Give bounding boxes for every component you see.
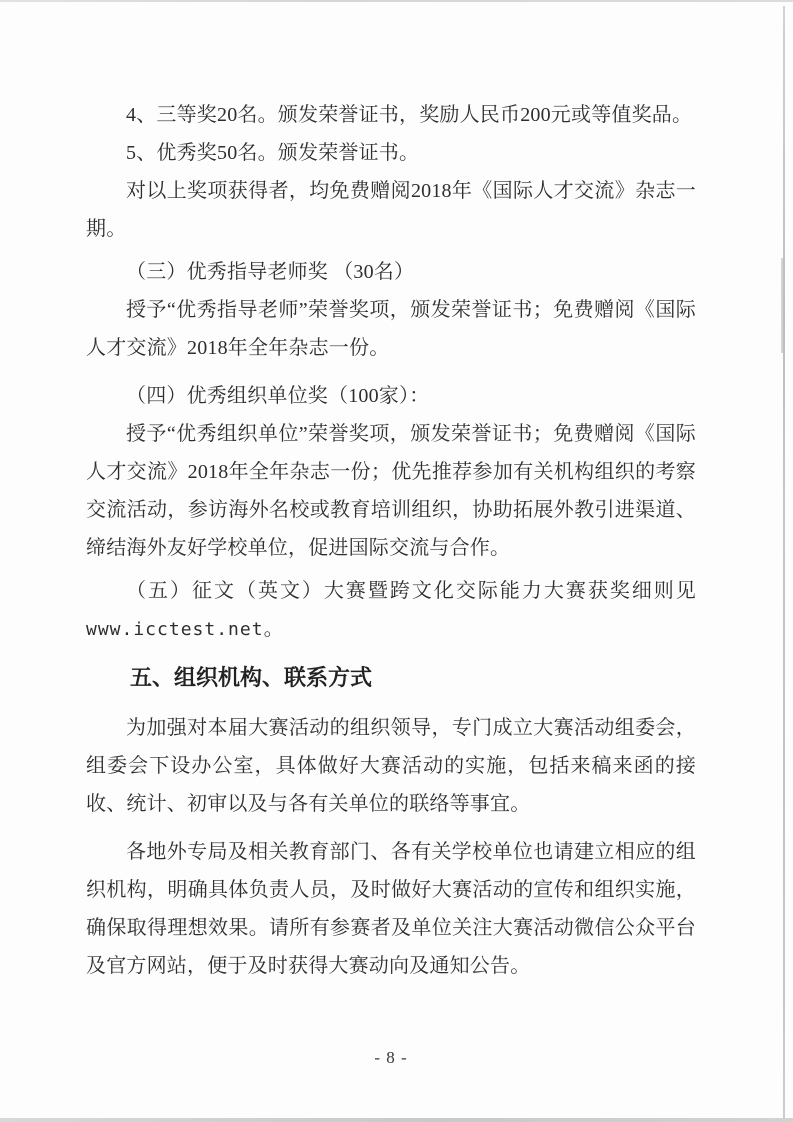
scan-line-artifact (783, 6, 785, 1118)
award-item-third-prize: 4、三等奖20名。颁发荣誉证书，奖励人民币200元或等值奖品。 (86, 96, 696, 134)
scan-edge-top-artifact (0, 0, 793, 2)
document-body: 4、三等奖20名。颁发荣誉证书，奖励人民币200元或等值奖品。 5、优秀奖50名… (86, 96, 696, 985)
document-page: 4、三等奖20名。颁发荣誉证书，奖励人民币200元或等值奖品。 5、优秀奖50名… (0, 0, 793, 1122)
organization-award-description: 授予“优秀组织单位”荣誉奖项，颁发荣誉证书；免费赠阅《国际人才交流》2018年全… (86, 415, 696, 567)
contest-rules-note: （五）征文（英文）大赛暨跨文化交际能力大赛获奖细则见www.icctest.ne… (86, 572, 696, 649)
organization-paragraph-local-units: 各地外专局及相关教育部门、各有关学校单位也请建立相应的组织机构，明确具体负责人员… (86, 833, 696, 985)
organization-paragraph-committee: 为加强对本届大赛活动的组织领导，专门成立大赛活动组委会，组委会下设办公室，具体做… (86, 709, 696, 823)
contest-rules-note-period: 。 (264, 618, 284, 640)
subsection-title-teacher-award: （三）优秀指导老师奖 （30名） (86, 253, 696, 291)
magazine-gift-note: 对以上奖项获得者，均免费赠阅2018年《国际人才交流》杂志一期。 (86, 172, 696, 248)
contest-rules-url: www.icctest.net (86, 619, 264, 640)
page-number: - 8 - (86, 1046, 696, 1070)
scan-line-nick-artifact (781, 258, 783, 353)
award-item-merit-prize: 5、优秀奖50名。颁发荣誉证书。 (86, 134, 696, 172)
subsection-title-organization-award: （四）优秀组织单位奖（100家）： (86, 377, 696, 415)
section-heading-organization-contact: 五、组织机构、联系方式 (86, 659, 696, 697)
scan-edge-bottom-artifact (0, 1118, 793, 1122)
teacher-award-description: 授予“优秀指导老师”荣誉奖项，颁发荣誉证书；免费赠阅《国际人才交流》2018年全… (86, 291, 696, 367)
contest-rules-note-text: （五）征文（英文）大赛暨跨文化交际能力大赛获奖细则见 (126, 580, 696, 602)
